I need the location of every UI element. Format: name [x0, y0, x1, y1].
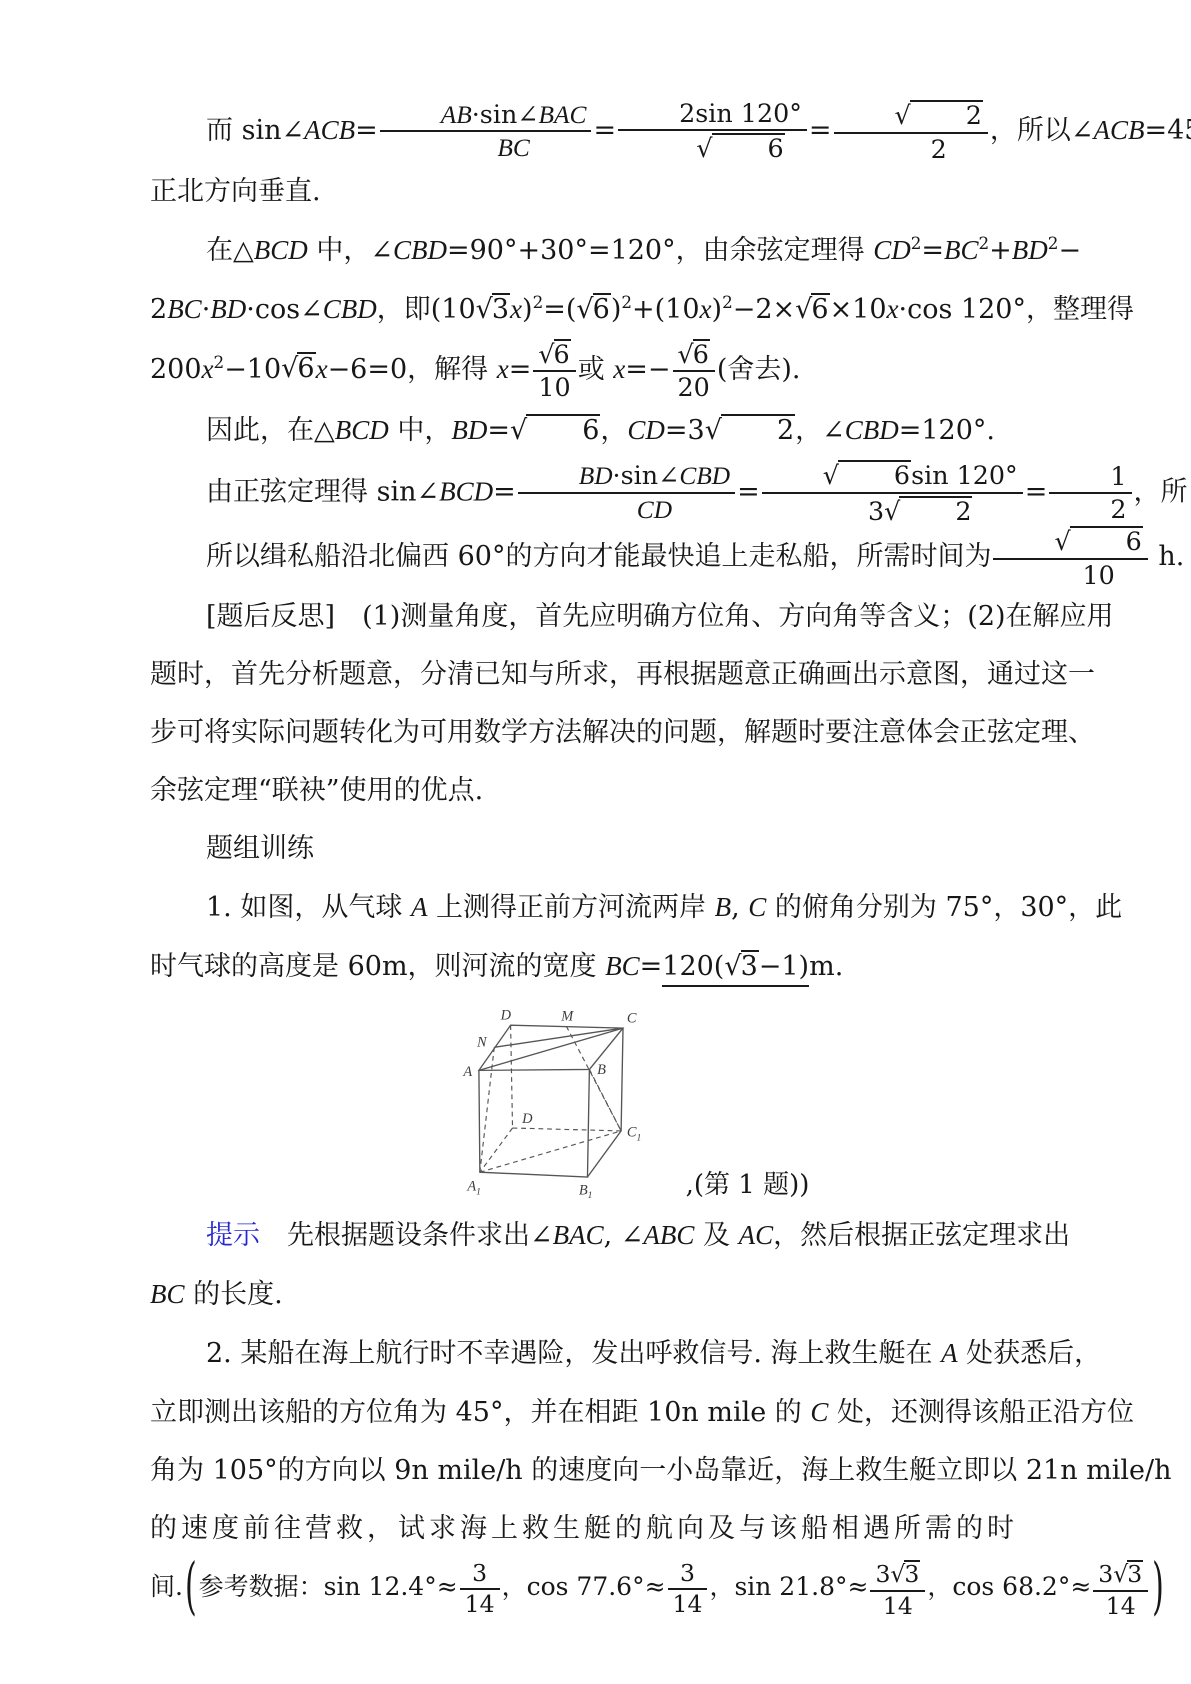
radical: √6 — [281, 353, 315, 384]
radicand: 6 — [811, 293, 829, 325]
radical-sign: √ — [823, 460, 838, 490]
math-variable: BC — [167, 294, 202, 324]
figure-caption: ,(第 1 题)) — [686, 1172, 810, 1198]
radicand: 6 — [593, 293, 611, 325]
denominator: 14 — [460, 1588, 500, 1617]
big-paren: ) — [1150, 1558, 1166, 1620]
numerator: √6 — [533, 339, 575, 371]
radicand: 3 — [492, 293, 510, 325]
solution-line-1: 而 sin∠ACB=AB·sin∠BACBC=2sin 120°√6=√22，所… — [150, 100, 1043, 163]
math-variable: BCD — [254, 235, 308, 265]
radical-sign: √ — [795, 294, 811, 325]
math-variable: C — [810, 1397, 828, 1427]
fraction: √610 — [993, 526, 1147, 589]
radicand: 6 — [1070, 526, 1143, 556]
radicand: 3 — [904, 1560, 920, 1588]
radical-sign: √ — [1113, 1560, 1127, 1588]
fraction: 314 — [460, 1561, 500, 1616]
numerator: √2 — [834, 100, 988, 132]
math-variable: ABC — [643, 1220, 694, 1250]
denominator: √6 — [618, 129, 807, 163]
radical: √6 — [823, 460, 911, 490]
radicand: 3 — [1127, 1560, 1143, 1588]
radicand: 6 — [712, 133, 785, 163]
superscript: 2 — [1048, 233, 1059, 253]
cube-edges — [479, 1026, 623, 1178]
radical: √2 — [895, 100, 983, 130]
denominator: 2 — [834, 132, 988, 163]
radical-sign: √ — [281, 353, 297, 384]
fraction: √620 — [673, 339, 715, 402]
math-variable: BD — [210, 294, 246, 324]
radical-sign: √ — [696, 133, 711, 163]
radical-sign: √ — [678, 339, 693, 369]
radicand: 6 — [838, 460, 911, 490]
document-page: 而 sin∠ACB=AB·sin∠BACBC=2sin 120°√6=√22，所… — [0, 0, 1191, 1618]
reflection-line-4: 余弦定理“联袂”使用的优点. — [150, 762, 1043, 820]
answer-underline: 120(√3−1) — [662, 951, 809, 987]
svg-text:A: A — [462, 1065, 472, 1081]
fraction: √6sin 120°3√2 — [762, 460, 1023, 526]
math-variable: BAC — [539, 101, 587, 129]
math-variable: BCD — [439, 477, 493, 507]
radicand: 2 — [910, 100, 983, 130]
math-variable: x — [497, 353, 509, 383]
radicand: 2 — [899, 496, 972, 526]
problem2-line-5: 间.(参考数据：sin 12.4°≈314，cos 77.6°≈314，sin … — [150, 1558, 1043, 1618]
radical: √6 — [1054, 526, 1142, 556]
math-variable: BD — [579, 462, 613, 490]
svg-text:C: C — [626, 1011, 636, 1027]
math-variable: x — [316, 353, 328, 383]
radical: √6 — [696, 133, 784, 163]
problem1-figure: D M C N A B D A1 B1 C1 ,(第 1 题)) — [190, 1006, 1043, 1202]
math-variable: BC — [605, 951, 640, 981]
reflection-line-1: [题后反思] (1)测量角度，首先应明确方位角、方向角等含义；(2)在解应用 — [150, 588, 1043, 646]
problem1-line-2: 时气球的高度是 60m，则河流的宽度 BC=120(√3−1)m. — [150, 937, 1043, 996]
hint-line-2: BC 的长度. — [150, 1265, 1043, 1324]
superscript: 2 — [911, 233, 922, 253]
numerator: √6 — [993, 526, 1147, 558]
radical: √3 — [476, 294, 510, 325]
math-variable: x — [887, 294, 899, 324]
math-variable: CBD — [323, 294, 377, 324]
radicand: 2 — [721, 414, 795, 446]
radical-sign: √ — [724, 951, 740, 982]
radical-sign: √ — [538, 339, 553, 369]
solution-line-5: 200x2−10√6x−6=0，解得 x=√610或 x=−√620(舍去). — [150, 339, 1043, 402]
math-variable: BC — [944, 235, 979, 265]
radicand: 3 — [741, 950, 759, 982]
math-variable: C — [748, 892, 766, 922]
radical: √3 — [1113, 1560, 1143, 1588]
radical-sign: √ — [884, 496, 899, 526]
math-variable: BD — [451, 415, 487, 445]
math-variable: CD — [627, 415, 665, 445]
math-variable: ACB — [304, 115, 355, 145]
hint-label: 提示 — [206, 1220, 260, 1251]
radicand: 6 — [297, 352, 315, 384]
cube-diagram: D M C N A B D A1 B1 C1 — [424, 1006, 676, 1202]
problem2-line-4: 的速度前往营救，试求海上救生艇的航向及与该船相遇所需的时 — [150, 1500, 1043, 1558]
radical-sign: √ — [510, 415, 526, 446]
problem2-line-2: 立即测出该船的方位角为 45°，并在相距 10n mile 的 C 处，还测得该… — [150, 1383, 1043, 1442]
math-variable: x — [700, 294, 712, 324]
radical-sign: √ — [1054, 526, 1069, 556]
denominator: BC — [380, 130, 592, 162]
radical: √6 — [576, 294, 610, 325]
reflection-line-3: 步可将实际问题转化为可用数学方法解决的问题，解题时要注意体会正弦定理、 — [150, 704, 1043, 762]
fraction: 12 — [1049, 463, 1131, 522]
radical: √2 — [884, 496, 972, 526]
solution-line-3: 在△BCD 中，∠CBD=90°+30°=120°，由余弦定理得 CD2=BC2… — [150, 221, 1043, 280]
solution-line-8: 所以缉私船沿北偏西 60°的方向才能最快追上走私船，所需时间为√610 h. — [150, 526, 1043, 589]
radical: √6 — [510, 415, 600, 446]
radicand: 6 — [693, 339, 710, 369]
math-variable: AB — [441, 101, 472, 129]
math-variable: x — [510, 294, 522, 324]
fraction: √22 — [834, 100, 988, 163]
numerator: √6sin 120° — [762, 460, 1023, 492]
math-variable: AC — [739, 1220, 774, 1250]
svg-text:D: D — [521, 1112, 533, 1128]
numerator: 3 — [668, 1561, 708, 1588]
radical-sign: √ — [476, 294, 492, 325]
superscript: 2 — [722, 292, 733, 312]
math-variable: CBD — [845, 415, 899, 445]
radical: √6 — [795, 294, 829, 325]
fraction: 314 — [668, 1561, 708, 1616]
superscript: 2 — [533, 292, 544, 312]
radical-sign: √ — [705, 415, 721, 446]
radical: √3 — [890, 1560, 920, 1588]
superscript: 2 — [979, 233, 990, 253]
math-variable: CBD — [393, 235, 447, 265]
fraction: √610 — [533, 339, 575, 402]
denominator: 14 — [668, 1588, 708, 1617]
math-variable: BC — [150, 1279, 185, 1309]
svg-text:B: B — [597, 1063, 606, 1079]
radical: √2 — [705, 415, 795, 446]
radical-sign: √ — [890, 1560, 904, 1588]
cube-hidden-edges — [479, 1026, 620, 1173]
denominator: CD — [518, 492, 735, 524]
denominator: 2 — [1049, 492, 1131, 523]
denominator: 10 — [993, 558, 1147, 589]
radicand: 6 — [554, 339, 571, 369]
fraction: 2sin 120°√6 — [618, 100, 807, 163]
numerator: 3√3 — [1093, 1560, 1148, 1590]
math-variable: x — [613, 353, 625, 383]
math-variable: A — [941, 1338, 958, 1368]
problem1-line-1: 1. 如图，从气球 A 上测得正前方河流两岸 B, C 的俯角分别为 75°，3… — [150, 878, 1043, 937]
denominator: 20 — [673, 370, 715, 401]
radical: √6 — [538, 339, 570, 369]
numerator: BD·sin∠CBD — [518, 462, 735, 492]
radicand: 6 — [526, 414, 600, 446]
problem2-line-1: 2. 某船在海上航行时不幸遇险，发出呼救信号. 海上救生艇在 A 处获悉后， — [150, 1324, 1043, 1383]
denominator: 14 — [870, 1590, 925, 1619]
radical-sign: √ — [576, 294, 592, 325]
math-variable: A — [411, 892, 428, 922]
math-variable: BCD — [335, 415, 389, 445]
solution-line-7: 由正弦定理得 sin∠BCD=BD·sin∠CBDCD=√6sin 120°3√… — [150, 460, 1043, 526]
svg-text:A1: A1 — [466, 1179, 481, 1198]
svg-text:C1: C1 — [626, 1125, 640, 1144]
math-variable: BC — [497, 134, 529, 162]
math-variable: ACB — [1094, 115, 1145, 145]
math-variable: CD — [637, 496, 672, 524]
numerator: 3 — [460, 1561, 500, 1588]
denominator: 3√2 — [762, 492, 1023, 526]
reflection-line-2: 题时，首先分析题意，分清已知与所求，再根据题意正确画出示意图，通过这一 — [150, 646, 1043, 704]
hint-line-1: 提示 先根据题设条件求出∠BAC, ∠ABC 及 AC，然后根据正弦定理求出 — [150, 1206, 1043, 1265]
denominator: 14 — [1093, 1590, 1148, 1619]
svg-text:D: D — [499, 1008, 511, 1024]
math-variable: CD — [873, 235, 911, 265]
problem2-line-3: 角为 105°的方向以 9n mile/h 的速度向一小岛靠近，海上救生艇立即以… — [150, 1442, 1043, 1500]
superscript: 2 — [621, 292, 632, 312]
svg-text:M: M — [560, 1009, 574, 1025]
numerator: 2sin 120° — [618, 100, 807, 129]
svg-text:N: N — [476, 1035, 488, 1051]
fraction: 3√314 — [870, 1560, 925, 1619]
denominator: 10 — [533, 370, 575, 401]
solution-line-6: 因此，在△BCD 中，BD=√6，CD=3√2，∠CBD=120°. — [150, 401, 1043, 460]
math-variable: BD — [1012, 235, 1048, 265]
numerator: √6 — [673, 339, 715, 371]
superscript: 2 — [214, 351, 225, 371]
fraction: BD·sin∠CBDCD — [518, 462, 735, 523]
numerator: AB·sin∠BAC — [380, 101, 592, 131]
fraction: AB·sin∠BACBC — [380, 101, 592, 162]
numerator: 1 — [1049, 463, 1131, 492]
fraction: 3√314 — [1093, 1560, 1148, 1619]
math-variable: B — [715, 892, 732, 922]
solution-line-4: 2BC·BD·cos∠CBD，即(10√3x)2=(√6)2+(10x)2−2×… — [150, 280, 1043, 339]
math-variable: BAC — [553, 1220, 604, 1250]
radical: √6 — [678, 339, 710, 369]
radical: √3 — [724, 951, 758, 982]
solution-line-2: 正北方向垂直. — [150, 163, 1043, 221]
section-heading: 题组训练 — [150, 820, 1043, 878]
svg-text:B1: B1 — [578, 1183, 592, 1202]
numerator: 3√3 — [870, 1560, 925, 1590]
math-variable: x — [202, 353, 214, 383]
math-variable: CBD — [679, 462, 730, 490]
big-paren: ( — [183, 1558, 199, 1620]
radical-sign: √ — [895, 100, 910, 130]
